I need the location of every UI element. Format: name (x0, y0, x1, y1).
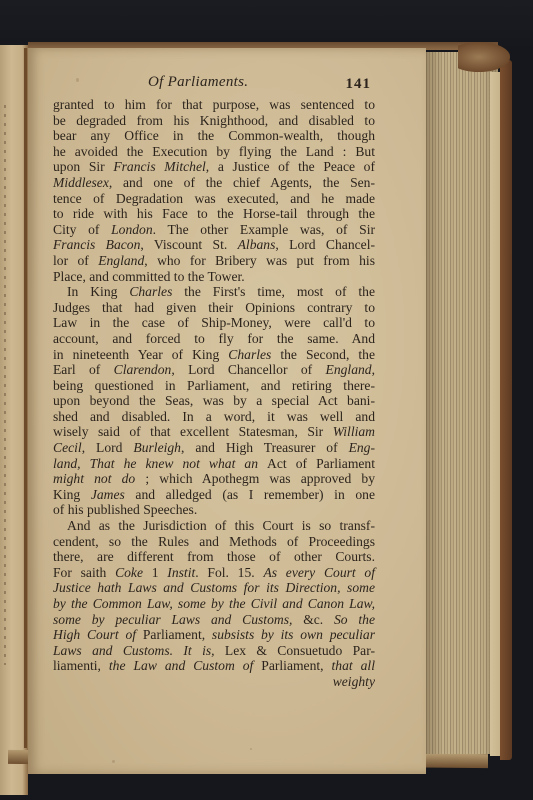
paper-spot (250, 748, 252, 750)
text-line: granted to him for that purpose, was sen… (53, 97, 375, 113)
roman-text: and alledged (as I remember) in one (125, 487, 375, 502)
running-head: Of Parliaments. 141 (53, 75, 375, 97)
italic-text: Charles (228, 347, 271, 362)
text-line: there, are different from those of other… (53, 549, 375, 565)
italic-text: Laws and Customs. It is, (53, 643, 225, 658)
italic-text: Eng- (349, 440, 375, 455)
roman-text: being questioned in Parliament, and reti… (53, 378, 375, 393)
roman-text: Earl of (53, 362, 114, 377)
roman-text: , who for Bribery was put from his (144, 253, 375, 268)
roman-text: Parliament, (143, 627, 212, 642)
roman-text: Place, and committed to the Tower. (53, 269, 245, 284)
text-line: For saith Coke 1 Instit. Fol. 15. As eve… (53, 565, 375, 581)
roman-text: Lex & Consuetudo Par- (225, 643, 375, 658)
page-text: Of Parliaments. 141 granted to him for t… (53, 75, 375, 690)
roman-text: Parliament, (261, 658, 331, 673)
roman-text: For saith (53, 565, 115, 580)
text-line: land, That he knew not what an Act of Pa… (53, 456, 375, 472)
italic-text: Clarendon (114, 362, 172, 377)
text-line: some by peculiar Laws and Customs, &c. S… (53, 612, 375, 628)
roman-text: the First's time, most of the (172, 284, 375, 299)
italic-text: the Law and Custom of (109, 658, 261, 673)
body-lines: granted to him for that purpose, was sen… (53, 97, 375, 674)
text-line: might not do ; which Apothegm was approv… (53, 471, 375, 487)
catchword: weighty (53, 674, 375, 690)
roman-text: account, and forced to fly for the same.… (53, 331, 375, 346)
text-line: upon beyond the Seas, was by a special A… (53, 393, 375, 409)
gutter-line (24, 48, 27, 748)
roman-text: of his published Speeches. (53, 502, 197, 517)
text-line: to ride with his Face to the Horse-tail … (53, 206, 375, 222)
italic-text: James (91, 487, 125, 502)
roman-text: lor of (53, 253, 98, 268)
roman-text: Act of Parliament (267, 456, 375, 471)
text-line: being questioned in Parliament, and reti… (53, 378, 375, 394)
roman-text: &c. (303, 612, 334, 627)
paper-spot (112, 760, 115, 763)
roman-text: shed and disabled. In a word, it was wel… (53, 409, 375, 424)
italic-text: Burleigh (133, 440, 181, 455)
roman-text: . The other Example was, of Sir (153, 222, 375, 237)
roman-text: Law in the case of Ship-Money, were call… (53, 315, 375, 330)
text-line: shed and disabled. In a word, it was wel… (53, 409, 375, 425)
text-line: High Court of Parliament, subsists by it… (53, 627, 375, 643)
text-line: Judges that had given their Opinions con… (53, 300, 375, 316)
italic-text: by the Common Law, some by the Civil and… (53, 596, 375, 611)
roman-text: upon beyond the Seas, was by a special A… (53, 393, 375, 408)
italic-text: William (333, 424, 375, 439)
text-line: wisely said of that excellent Statesman,… (53, 424, 375, 440)
text-line: upon Sir Francis Mitchel, a Justice of t… (53, 159, 375, 175)
roman-text: In King (67, 284, 129, 299)
text-line: lor of England, who for Bribery was put … (53, 253, 375, 269)
text-line: Place, and committed to the Tower. (53, 269, 375, 285)
italic-text: Coke (115, 565, 143, 580)
roman-text: Judges that had given their Opinions con… (53, 300, 375, 315)
text-line: tence of Degradation was executed, and h… (53, 191, 375, 207)
italic-text: London (111, 222, 153, 237)
italic-text: Instit (167, 565, 195, 580)
text-line: And as the Jurisdiction of this Court is… (53, 518, 375, 534)
italic-text: Francis Bacon (53, 237, 140, 252)
book-scan: Of Parliaments. 141 granted to him for t… (0, 0, 533, 800)
roman-text: be degraded from his Knighthood, and dis… (53, 113, 375, 128)
italic-text: So the (334, 612, 375, 627)
roman-text: , (372, 362, 375, 377)
italic-text: subsists by its own peculiar (212, 627, 375, 642)
roman-text: to ride with his Face to the Horse-tail … (53, 206, 375, 221)
fore-edge-shade (420, 52, 498, 754)
roman-text: , a Justice of the Peace of (206, 159, 375, 174)
text-line: in nineteenth Year of King Charles the S… (53, 347, 375, 363)
roman-text: bear any Office in the Common-wealth, th… (53, 128, 375, 143)
roman-text: City of (53, 222, 111, 237)
text-line: Laws and Customs. It is, Lex & Consuetud… (53, 643, 375, 659)
text-line: In King Charles the First's time, most o… (53, 284, 375, 300)
roman-text: liamenti, (53, 658, 109, 673)
text-line: Justice hath Laws and Customs for its Di… (53, 580, 375, 596)
roman-text: ; which Apothegm was approved by (135, 471, 375, 486)
roman-text: 1 (143, 565, 167, 580)
italic-text: Albans (238, 237, 276, 252)
text-line: bear any Office in the Common-wealth, th… (53, 128, 375, 144)
text-line: Cecil, Lord Burleigh, and High Treasurer… (53, 440, 375, 456)
italic-text: Cecil (53, 440, 82, 455)
roman-text: in nineteenth Year of King (53, 347, 228, 362)
italic-text: that all (332, 658, 375, 673)
roman-text: upon Sir (53, 159, 113, 174)
roman-text: tence of Degradation was executed, and h… (53, 191, 375, 206)
roman-text: . Fol. 15. (195, 565, 263, 580)
italic-text: As every Court of (263, 565, 375, 580)
text-line: Earl of Clarendon, Lord Chancellor of En… (53, 362, 375, 378)
italic-text: High Court of (53, 627, 143, 642)
roman-text: King (53, 487, 91, 502)
corner-wear (458, 42, 510, 72)
roman-text: , and one of the chief Agents, the Sen- (109, 175, 375, 190)
italic-text: England (98, 253, 144, 268)
italic-text: might not do (53, 471, 135, 486)
background-cover (0, 0, 533, 46)
text-line: liamenti, the Law and Custom of Parliame… (53, 658, 375, 674)
italic-text: Francis Mitchel (113, 159, 205, 174)
roman-text: cendent, so the Rules and Methods of Pro… (53, 534, 375, 549)
italic-text: Middlesex (53, 175, 109, 190)
running-title: Of Parliaments. (148, 75, 248, 91)
text-line: Middlesex, and one of the chief Agents, … (53, 175, 375, 191)
page-number: 141 (346, 77, 372, 93)
roman-text: , Lord (82, 440, 134, 455)
roman-text: , Lord Chancel- (275, 237, 375, 252)
roman-text: there, are different from those of other… (53, 549, 375, 564)
text-line: he avoided the Execution by flying the L… (53, 144, 375, 160)
italic-text: Charles (129, 284, 172, 299)
roman-text: wisely said of that excellent Statesman,… (53, 424, 333, 439)
text-line: cendent, so the Rules and Methods of Pro… (53, 534, 375, 550)
text-line: of his published Speeches. (53, 502, 375, 518)
italic-text: land, That he knew not what an (53, 456, 267, 471)
text-line: account, and forced to fly for the same.… (53, 331, 375, 347)
roman-text: And as the Jurisdiction of this Court is… (67, 518, 375, 533)
roman-text: the Second, the (271, 347, 375, 362)
italic-text: some by peculiar Laws and Customs, (53, 612, 303, 627)
italic-text: England (326, 362, 372, 377)
text-line: Francis Bacon, Viscount St. Albans, Lord… (53, 237, 375, 253)
text-line: be degraded from his Knighthood, and dis… (53, 113, 375, 129)
text-line: City of London. The other Example was, o… (53, 222, 375, 238)
text-line: Law in the case of Ship-Money, were call… (53, 315, 375, 331)
italic-text: Justice hath Laws and Customs for its Di… (53, 580, 375, 595)
text-line: King James and alledged (as I remember) … (53, 487, 375, 503)
roman-text: , Viscount St. (140, 237, 237, 252)
roman-text: , and High Treasurer of (181, 440, 349, 455)
roman-text: he avoided the Execution by flying the L… (53, 144, 375, 159)
back-board (500, 60, 512, 760)
roman-text: granted to him for that purpose, was sen… (53, 97, 375, 112)
roman-text: , Lord Chancellor of (171, 362, 325, 377)
text-line: by the Common Law, some by the Civil and… (53, 596, 375, 612)
